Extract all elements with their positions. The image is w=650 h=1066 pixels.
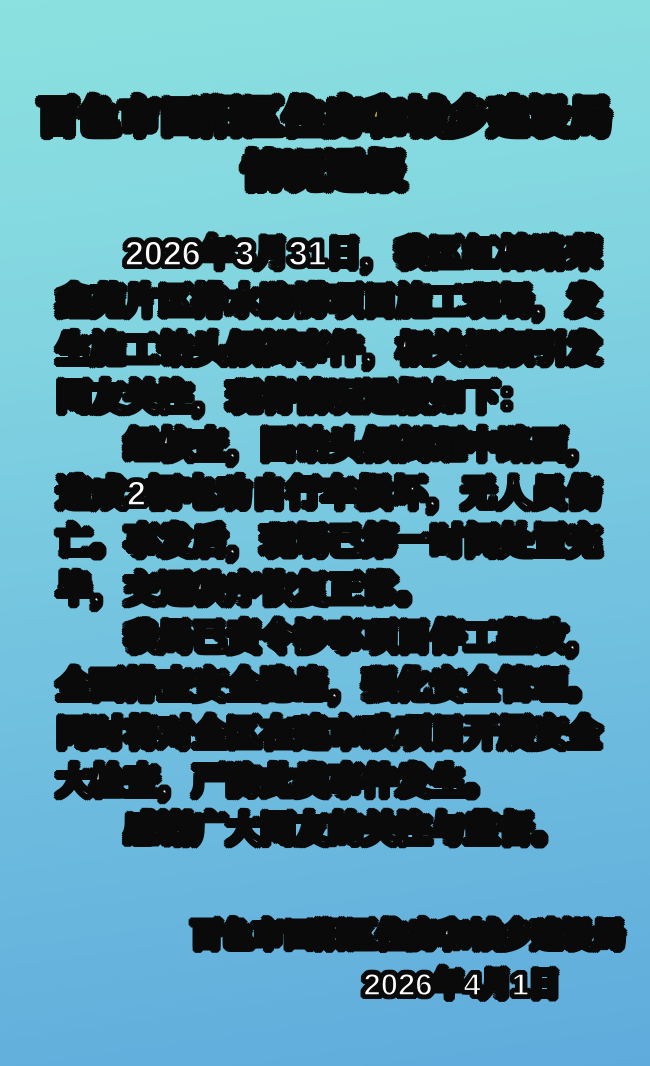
notice-title-line-2: 情况通报 — [0, 145, 650, 199]
signature-org: 百色市田阳区住房和城乡建设局 — [0, 911, 625, 960]
notice-poster: 百色市田阳区住房和城乡建设局 情况通报 2026年3月31日，我区红棉路荣鑫苑片… — [0, 0, 650, 1066]
notice-body: 2026年3月31日，我区红棉路荣鑫苑片区排水防涝项目施工现场，发生施工钻头倾倒… — [57, 230, 601, 854]
signature-date: 2026年4月1日 — [0, 960, 625, 1009]
notice-paragraph-1: 2026年3月31日，我区红棉路荣鑫苑片区排水防涝项目施工现场，发生施工钻头倾倒… — [57, 230, 601, 422]
notice-title: 百色市田阳区住房和城乡建设局 情况通报 — [0, 91, 650, 199]
notice-paragraph-4: 感谢广大网友的关注与监督。 — [57, 806, 601, 854]
notice-title-line-1: 百色市田阳区住房和城乡建设局 — [0, 91, 650, 145]
notice-paragraph-3: 我局已责令涉事项目停工整改，全面排查安全隐患，强化安全管理。同时将对全区在建市政… — [57, 614, 601, 806]
notice-signature: 百色市田阳区住房和城乡建设局 2026年4月1日 — [0, 911, 650, 1009]
notice-paragraph-2: 经核查，因钻头倾倒砸中路面，造成2辆电动自行车损坏，无人员伤亡。事发后，现场已第… — [57, 422, 601, 614]
